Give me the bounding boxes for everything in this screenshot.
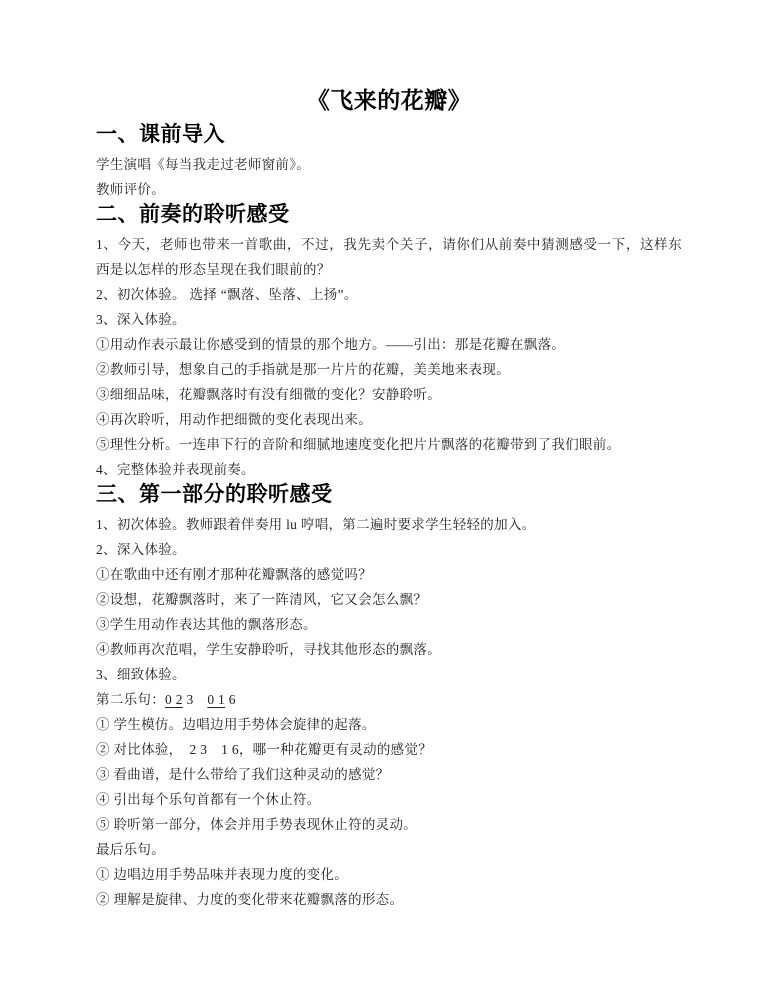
- paragraph: ④教师再次范唱，学生安静聆听，寻找其他形态的飘落。: [96, 637, 682, 662]
- paragraph: ④再次聆听，用动作把细微的变化表现出来。: [96, 407, 682, 432]
- paragraph: 3、深入体验。: [96, 307, 682, 332]
- paragraph: 1、初次体验。教师跟着伴奏用 lu 哼唱，第二遍时要求学生轻轻的加入。: [96, 512, 682, 537]
- paragraph: 学生演唱《每当我走过老师窗前》。: [96, 152, 682, 177]
- paragraph: 1、今天，老师也带来一首歌曲，不过，我先卖个关子，请你们从前奏中猜测感受一下，这…: [96, 232, 682, 282]
- paragraph: ②设想，花瓣飘落时，来了一阵清风，它又会怎么飘？: [96, 587, 682, 612]
- text-segment: 第二乐句：: [96, 692, 165, 707]
- paragraph: 最后乐句。: [96, 837, 682, 862]
- underlined-note-numbers: 0 1: [207, 692, 225, 707]
- paragraph: ③学生用动作表达其他的飘落形态。: [96, 612, 682, 637]
- music-phrase-line: 第二乐句：0 2 3 0 1 6: [96, 687, 682, 712]
- paragraph: ②教师引导，想象自己的手指就是那一片片的花瓣，美美地来表现。: [96, 357, 682, 382]
- paragraph: ③ 看曲谱，是什么带给了我们这种灵动的感觉？: [96, 762, 682, 787]
- paragraph: ⑤理性分析。一连串下行的音阶和细腻地速度变化把片片飘落的花瓣带到了我们眼前。: [96, 432, 682, 457]
- paragraph: 教师评价。: [96, 177, 682, 202]
- paragraph: ⑤ 聆听第一部分，体会并用手势表现休止符的灵动。: [96, 812, 682, 837]
- paragraph: 4、完整体验并表现前奏。: [96, 457, 682, 482]
- paragraph: ① 学生模仿。边唱边用手势体会旋律的起落。: [96, 712, 682, 737]
- paragraph: ③细细品味，花瓣飘落时有没有细微的变化？安静聆听。: [96, 382, 682, 407]
- paragraph: ①用动作表示最让你感受到的情景的那个地方。——引出：那是花瓣在飘落。: [96, 332, 682, 357]
- paragraph: ① 边唱边用手势品味并表现力度的变化。: [96, 862, 682, 887]
- document-body: 一、课前导入学生演唱《每当我走过老师窗前》。教师评价。二、前奏的聆听感受1、今天…: [96, 122, 682, 912]
- underlined-note-numbers: 0 2: [165, 692, 183, 707]
- text-segment: 6: [225, 692, 236, 707]
- paragraph: ①在歌曲中还有刚才那种花瓣飘落的感觉吗？: [96, 562, 682, 587]
- section-heading: 三、第一部分的聆听感受: [96, 482, 682, 506]
- paragraph: 2、初次体验。 选择 “飘落、坠落、上扬”。: [96, 282, 682, 307]
- text-segment: 3: [183, 692, 208, 707]
- paragraph: ② 理解是旋律、力度的变化带来花瓣飘落的形态。: [96, 887, 682, 912]
- document-title: 《飞来的花瓣》: [96, 86, 682, 116]
- paragraph: ④ 引出每个乐句首都有一个休止符。: [96, 787, 682, 812]
- section-heading: 一、课前导入: [96, 122, 682, 146]
- paragraph: 2、深入体验。: [96, 537, 682, 562]
- section-heading: 二、前奏的聆听感受: [96, 202, 682, 226]
- paragraph: ② 对比体验， 2 3 1 6，哪一种花瓣更有灵动的感觉？: [96, 737, 682, 762]
- paragraph: 3、细致体验。: [96, 662, 682, 687]
- document-page: 《飞来的花瓣》 一、课前导入学生演唱《每当我走过老师窗前》。教师评价。二、前奏的…: [0, 0, 770, 1000]
